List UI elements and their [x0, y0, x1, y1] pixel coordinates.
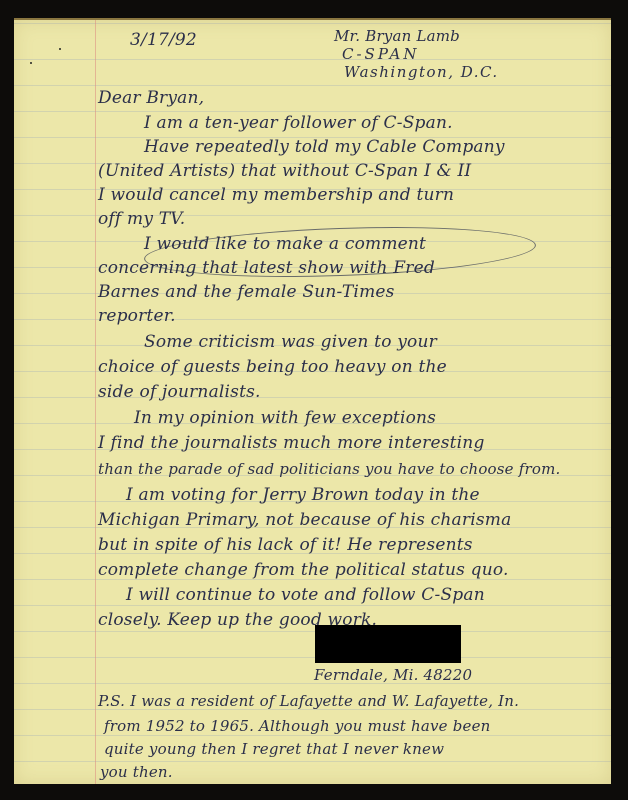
- body-line: off my TV.: [98, 209, 185, 229]
- recipient-city: Washington, D.C.: [344, 63, 499, 81]
- margin-line: [95, 20, 96, 784]
- body-line: choice of guests being too heavy on the: [98, 357, 447, 377]
- letter-date: 3/17/92: [130, 30, 197, 50]
- body-line: I would like to make a comment: [144, 234, 426, 254]
- body-line: Barnes and the female Sun-Times: [98, 282, 395, 302]
- body-line: complete change from the political statu…: [98, 560, 509, 580]
- ink-dot: [30, 62, 32, 64]
- sender-location: Ferndale, Mi. 48220: [314, 666, 472, 684]
- body-line: I would cancel my membership and turn: [98, 185, 454, 205]
- body-line: I am a ten-year follower of C-Span.: [144, 113, 453, 133]
- redacted-signature: [315, 625, 461, 663]
- body-line: than the parade of sad politicians you h…: [98, 460, 560, 478]
- letter-paper: 3/17/92 Mr. Bryan Lamb C-SPAN Washington…: [14, 18, 611, 784]
- body-line: but in spite of his lack of it! He repre…: [98, 535, 473, 555]
- postscript-line: you then.: [100, 763, 173, 781]
- body-line: Have repeatedly told my Cable Company: [144, 137, 505, 157]
- postscript-line: quite young then I regret that I never k…: [104, 740, 444, 758]
- body-line: Some criticism was given to your: [144, 332, 437, 352]
- body-line: (United Artists) that without C-Span I &…: [98, 161, 471, 181]
- ink-dot: [59, 48, 61, 50]
- salutation: Dear Bryan,: [98, 88, 204, 108]
- body-line: reporter.: [98, 306, 176, 326]
- body-line: concerning that latest show with Fred: [98, 258, 435, 278]
- recipient-name: Mr. Bryan Lamb: [334, 27, 460, 45]
- recipient-organization: C-SPAN: [342, 45, 420, 63]
- body-line: I will continue to vote and follow C-Spa…: [126, 585, 485, 605]
- postscript-line: from 1952 to 1965. Although you must hav…: [104, 717, 491, 735]
- body-line: In my opinion with few exceptions: [134, 408, 436, 428]
- postscript-line: P.S. I was a resident of Lafayette and W…: [98, 692, 519, 710]
- body-line: I am voting for Jerry Brown today in the: [126, 485, 480, 505]
- body-line: Michigan Primary, not because of his cha…: [98, 510, 511, 530]
- body-line: I find the journalists much more interes…: [98, 433, 485, 453]
- body-line: side of journalists.: [98, 382, 261, 402]
